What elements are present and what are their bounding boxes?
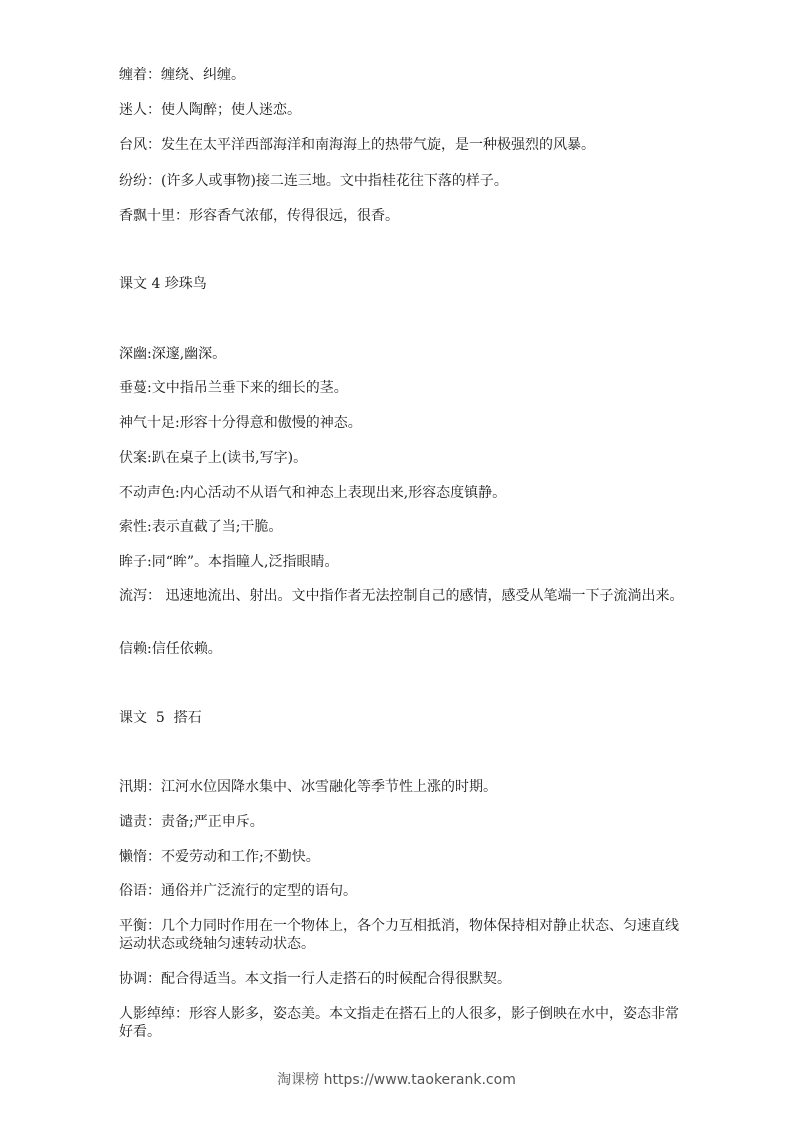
entry-term: 纷纷: [119, 173, 147, 189]
footer-brand: 淘课榜: [277, 1072, 319, 1088]
entry-term: 台风: [119, 137, 147, 153]
entry-separator: ：: [147, 137, 161, 153]
glossary-entry: 伏案:趴在桌子上(读书,写字)。: [119, 449, 689, 467]
glossary-entry: 缠着：缠绕、纠缠。: [119, 66, 689, 84]
glossary-entry: 台风：发生在太平洋西部海洋和南海海上的热带气旋，是一种极强烈的风暴。: [119, 136, 689, 154]
entry-term: 深幽: [119, 346, 147, 362]
entry-definition: 使人陶醉；使人迷恋。: [161, 102, 301, 118]
entry-term: 缠着: [119, 67, 147, 83]
lesson-heading: 课文 4 珍珠鸟: [119, 275, 207, 293]
entry-term: 迷人: [119, 102, 147, 118]
entry-term: 人影绰绰: [119, 1006, 175, 1022]
entry-term: 索性: [119, 519, 147, 535]
glossary-entry: 垂蔓:文中指吊兰垂下来的细长的茎。: [119, 379, 689, 397]
footer-url[interactable]: https://www.taokerank.com: [324, 1072, 516, 1088]
page-footer: 淘课榜 https://www.taokerank.com: [0, 1071, 793, 1089]
entry-separator: ：: [175, 1006, 189, 1022]
entry-definition: (许多人或事物)接二连三地。文中指桂花往下落的样子。: [161, 173, 508, 189]
entry-term: 香飘十里: [119, 208, 175, 224]
entry-definition: 形容香气浓郁，传得很远，很香。: [189, 208, 399, 224]
glossary-entry: 谴责：责备;严正申斥。: [119, 813, 689, 831]
glossary-entry: 索性:表示直截了当;干脆。: [119, 518, 689, 536]
entry-definition: 迅速地流出、射出。文中指作者无法控制自己的感情，感受从笔端一下子流淌出来。: [161, 588, 683, 604]
entry-definition: 形容人影多，姿态美。本文指走在搭石上的人很多，影子倒映在水中，姿态非常好看。: [119, 1006, 679, 1040]
entry-separator: ：: [175, 208, 189, 224]
glossary-entry: 深幽:深邃,幽深。: [119, 345, 689, 363]
glossary-entry: 汛期：江河水位因降水集中、冰雪融化等季节性上涨的时期。: [119, 778, 689, 796]
entry-definition: 趴在桌子上(读书,写字)。: [152, 450, 307, 466]
entry-separator: ：: [147, 173, 161, 189]
entry-definition: 责备;严正申斥。: [161, 814, 264, 830]
glossary-entry: 流泻： 迅速地流出、射出。文中指作者无法控制自己的感情，感受从笔端一下子流淌出来…: [119, 587, 689, 605]
lesson-heading: 课文 5 搭石: [119, 709, 202, 727]
glossary-entry: 平衡：几个力同时作用在一个物体上，各个力互相抵消，物体保持相对静止状态、匀速直线…: [119, 917, 689, 953]
entry-term: 眸子: [119, 554, 147, 570]
glossary-entry: 迷人：使人陶醉；使人迷恋。: [119, 101, 689, 119]
entry-term: 谴责: [119, 814, 147, 830]
entry-separator: ：: [147, 67, 161, 83]
glossary-entry: 人影绰绰：形容人影多，姿态美。本文指走在搭石上的人很多，影子倒映在水中，姿态非常…: [119, 1005, 689, 1041]
entry-term: 神气十足: [119, 415, 175, 431]
entry-term: 懒惰: [119, 849, 147, 865]
entry-definition: 缠绕、纠缠。: [161, 67, 245, 83]
entry-definition: 发生在太平洋西部海洋和南海海上的热带气旋，是一种极强烈的风暴。: [161, 137, 595, 153]
entry-term: 汛期: [119, 779, 147, 795]
entry-term: 平衡: [119, 918, 147, 934]
entry-definition: 文中指吊兰垂下来的细长的茎。: [152, 380, 348, 396]
glossary-entry: 纷纷：(许多人或事物)接二连三地。文中指桂花往下落的样子。: [119, 172, 689, 190]
glossary-entry: 俗语：通俗并广泛流行的定型的语句。: [119, 882, 689, 900]
entry-definition: 同“眸”。本指瞳人,泛指眼睛。: [152, 554, 339, 570]
entry-definition: 配合得适当。本文指一行人走搭石的时候配合得很默契。: [161, 971, 511, 987]
entry-term: 信赖: [119, 641, 147, 657]
glossary-entry: 不动声色:内心活动不从语气和神态上表现出来,形容态度镇静。: [119, 484, 689, 502]
entry-definition: 江河水位因降水集中、冰雪融化等季节性上涨的时期。: [161, 779, 497, 795]
entry-separator: ：: [147, 849, 161, 865]
entry-definition: 几个力同时作用在一个物体上，各个力互相抵消，物体保持相对静止状态、匀速直线运动状…: [119, 918, 679, 952]
entry-term: 不动声色: [119, 485, 175, 501]
entry-separator: ：: [147, 102, 161, 118]
glossary-entry: 信赖:信任依赖。: [119, 640, 689, 658]
entry-definition: 表示直截了当;干脆。: [152, 519, 283, 535]
entry-separator: ：: [147, 883, 161, 899]
glossary-entry: 协调：配合得适当。本文指一行人走搭石的时候配合得很默契。: [119, 970, 689, 988]
entry-term: 伏案: [119, 450, 147, 466]
entry-definition: 信任依赖。: [152, 641, 222, 657]
entry-separator: ：: [147, 918, 161, 934]
entry-definition: 不爱劳动和工作;不勤快。: [161, 849, 320, 865]
entry-definition: 内心活动不从语气和神态上表现出来,形容态度镇静。: [180, 485, 506, 501]
glossary-entry: 懒惰：不爱劳动和工作;不勤快。: [119, 848, 689, 866]
glossary-entry: 神气十足:形容十分得意和傲慢的神态。: [119, 414, 689, 432]
entry-term: 协调: [119, 971, 147, 987]
entry-definition: 形容十分得意和傲慢的神态。: [180, 415, 362, 431]
entry-term: 垂蔓: [119, 380, 147, 396]
entry-definition: 深邃,幽深。: [152, 346, 226, 362]
glossary-entry: 香飘十里：形容香气浓郁，传得很远，很香。: [119, 207, 689, 225]
entry-separator: ：: [147, 814, 161, 830]
entry-definition: 通俗并广泛流行的定型的语句。: [161, 883, 357, 899]
entry-separator: ：: [147, 588, 161, 604]
entry-separator: ：: [147, 779, 161, 795]
entry-term: 俗语: [119, 883, 147, 899]
entry-term: 流泻: [119, 588, 147, 604]
entry-separator: ：: [147, 971, 161, 987]
glossary-entry: 眸子:同“眸”。本指瞳人,泛指眼睛。: [119, 553, 689, 571]
